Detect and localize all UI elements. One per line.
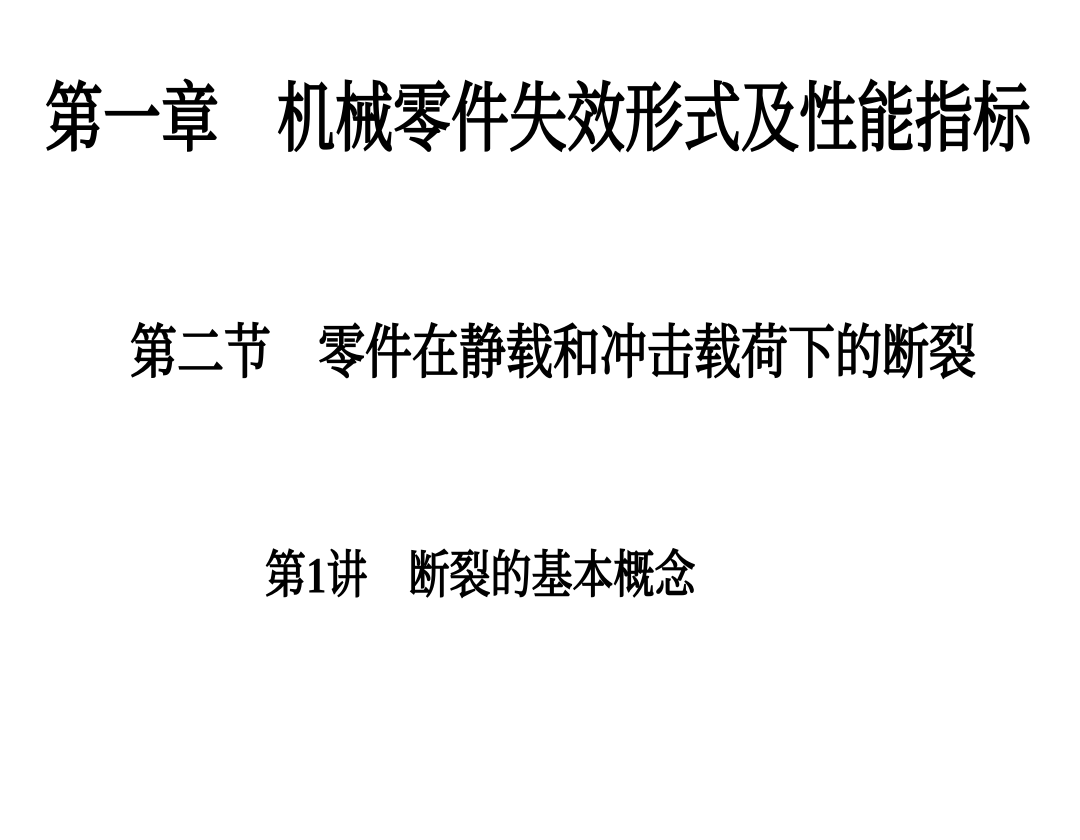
section-heading: 第二节 零件在静载和冲击载荷下的断裂 (130, 325, 976, 384)
chapter-title: 第一章 机械零件失效形式及性能指标 (45, 82, 1031, 157)
lecture-heading: 第1讲 断裂的基本概念 (265, 550, 696, 601)
slide-canvas: 第一章 机械零件失效形式及性能指标 第二节 零件在静载和冲击载荷下的断裂 第1讲… (0, 0, 1080, 840)
